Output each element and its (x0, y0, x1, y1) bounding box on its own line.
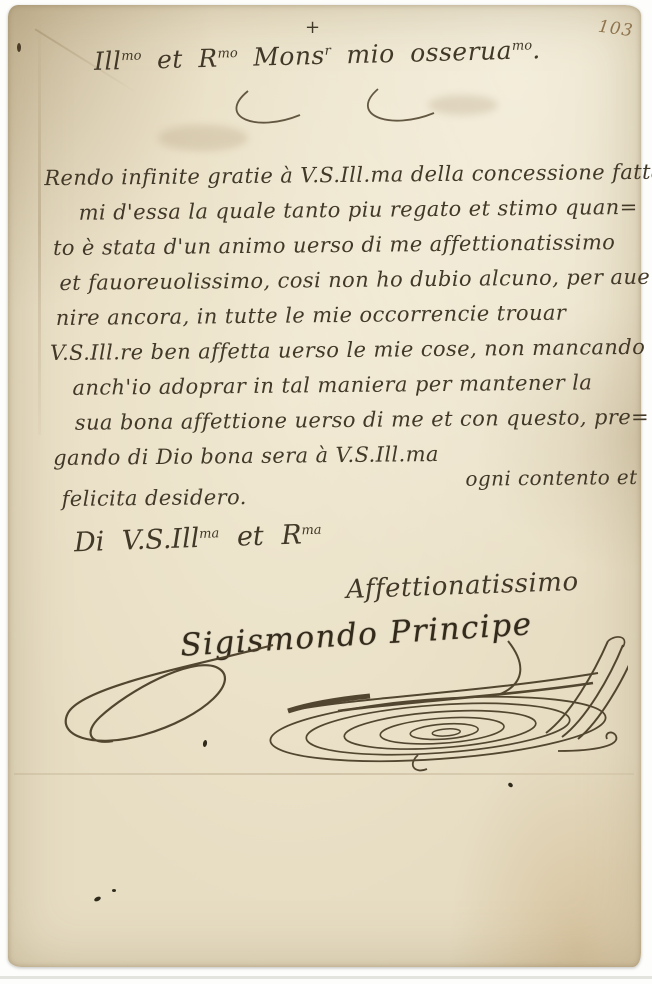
vertical-crease (38, 15, 41, 435)
salutation-superscript: mo (512, 38, 533, 54)
letter-page: 103 + Illmo et Rmo Monsr mio osseruamo. … (8, 5, 641, 967)
salutation-line: Illmo et Rmo Monsr mio osseruamo. (94, 35, 541, 76)
paper-edge-nick (17, 43, 21, 52)
salutation-text: Mons (237, 41, 325, 72)
body-line: felicita desidero. (48, 481, 640, 522)
salutation-text: . (532, 35, 541, 64)
salutation-swash-flourish (208, 87, 488, 139)
salutation-text: Ill (94, 46, 122, 76)
ink-speck (507, 782, 513, 788)
body-line: gando di Dio bona sera à V.S.Ill.ma ogni… (47, 440, 639, 481)
salutation-text: et R (141, 44, 218, 75)
cross-mark: + (305, 17, 320, 38)
closing-superscript: ma (199, 526, 220, 542)
salutation-text: mio osserua (331, 36, 513, 70)
ink-speck (93, 896, 101, 903)
closing-text: Di V.S.Ill (74, 523, 200, 558)
letter-body: Rendo infinite gratie à V.S.Ill.ma della… (44, 160, 640, 522)
closing-text: et R (219, 519, 302, 553)
salutation-superscript: mo (121, 49, 142, 65)
body-line-text: gando di Dio bona sera à V.S.Ill.ma (53, 442, 439, 470)
signature-flourish (38, 633, 628, 778)
scanned-letter: 103 + Illmo et Rmo Monsr mio osseruamo. … (0, 0, 652, 984)
scan-background-edge (0, 976, 652, 979)
closing-superscript: ma (301, 523, 322, 539)
salutation-superscript: mo (217, 46, 238, 62)
valediction: Affettionatissimo (346, 567, 580, 605)
ink-speck (112, 889, 116, 892)
folio-number: 103 (597, 17, 635, 42)
closing-formula: Di V.S.Illma et Rma (74, 519, 323, 559)
